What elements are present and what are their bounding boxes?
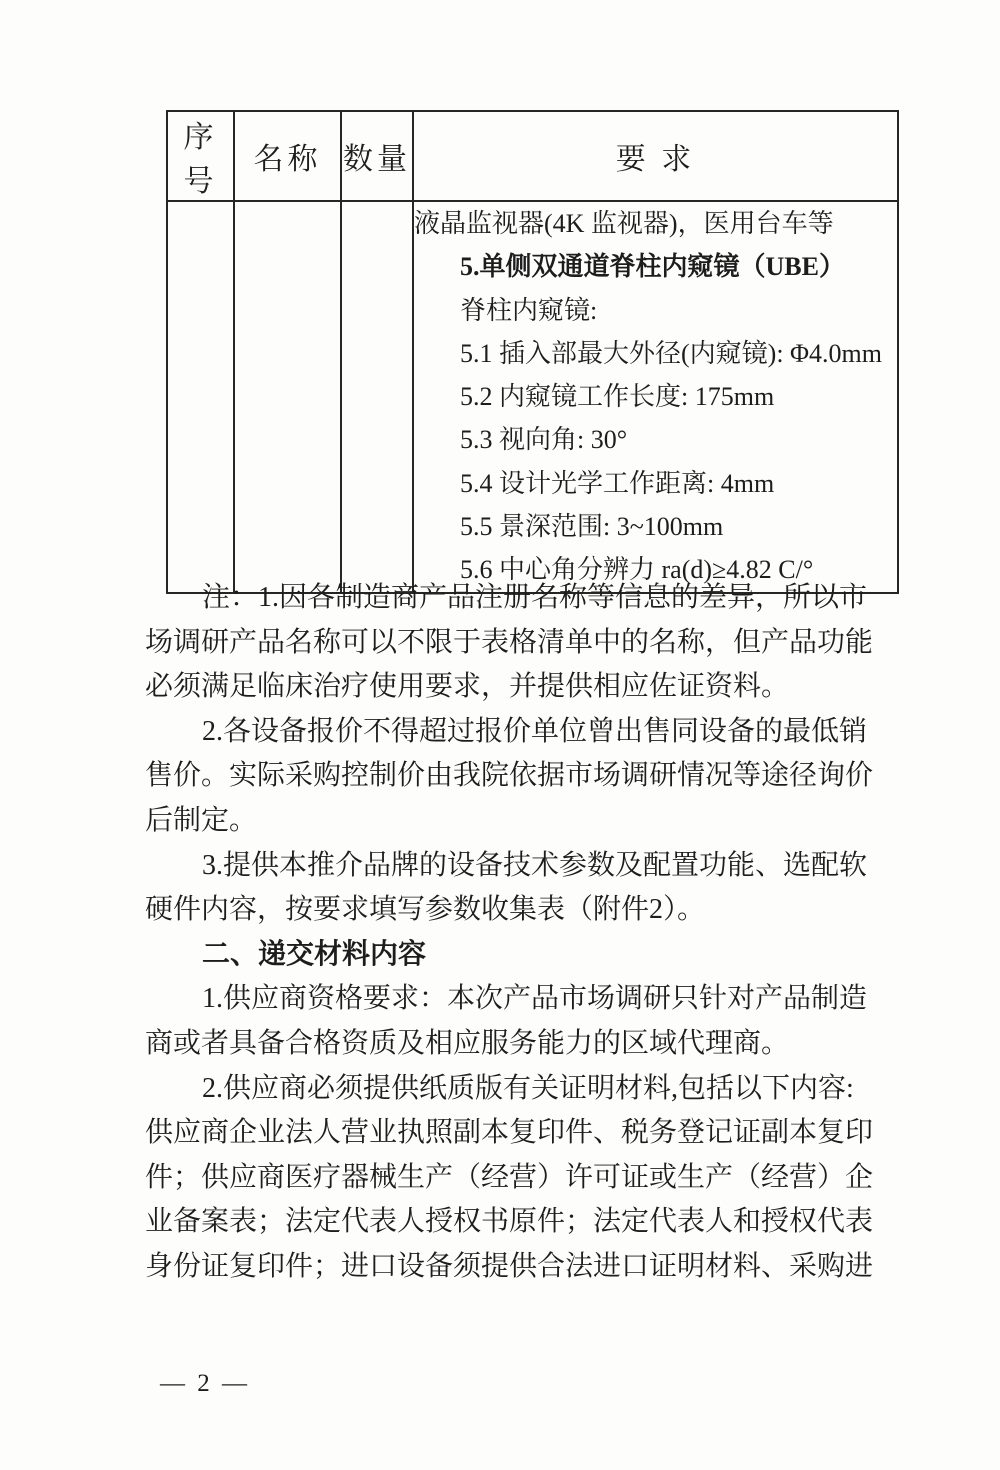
item-2-line-1: 2.供应商必须提供纸质版有关证明材料,包括以下内容:: [145, 1067, 887, 1112]
note-2-line-3: 后制定。: [145, 799, 887, 844]
note-2-line-1: 2.各设备报价不得超过报价单位曾出售同设备的最低销: [145, 710, 887, 755]
req-line-scope-label: 脊柱内窥镜:: [414, 289, 897, 332]
req-line-5-4: 5.4 设计光学工作距离: 4mm: [414, 462, 897, 505]
header-cell-quantity: 数量: [341, 111, 413, 201]
body-text: 注：1.因各制造商产品注册名称等信息的差异，所以市 场调研产品名称可以不限于表格…: [145, 576, 887, 1290]
document-page: 序号 名称 数量 要 求 液晶监视器(4K 监视器)，医用台车等 5.单侧双通道…: [0, 0, 1000, 1470]
req-line-5-3: 5.3 视向角: 30°: [414, 418, 897, 461]
cell-quantity-empty: [341, 201, 413, 593]
note-1-line-1: 注：1.因各制造商产品注册名称等信息的差异，所以市: [145, 576, 887, 621]
note-3-line-2: 硬件内容，按要求填写参数收集表（附件2）。: [145, 888, 887, 933]
cell-name-empty: [234, 201, 341, 593]
req-line-5-1: 5.1 插入部最大外径(内窥镜): Φ4.0mm: [414, 332, 897, 375]
header-cell-serial: 序号: [167, 111, 234, 201]
page-number: — 2 —: [160, 1370, 250, 1398]
item-1-line-2: 商或者具备合格资质及相应服务能力的区域代理商。: [145, 1022, 887, 1067]
item-2-line-5: 身份证复印件；进口设备须提供合法进口证明材料、采购进: [145, 1245, 887, 1290]
req-line-monitor: 液晶监视器(4K 监视器)，医用台车等: [414, 202, 897, 245]
table-header-row: 序号 名称 数量 要 求: [167, 111, 898, 201]
table-row: 液晶监视器(4K 监视器)，医用台车等 5.单侧双通道脊柱内窥镜（UBE） 脊柱…: [167, 201, 898, 593]
header-cell-name: 名称: [234, 111, 341, 201]
req-line-5-2: 5.2 内窥镜工作长度: 175mm: [414, 375, 897, 418]
requirement-cell: 液晶监视器(4K 监视器)，医用台车等 5.单侧双通道脊柱内窥镜（UBE） 脊柱…: [413, 201, 898, 593]
req-line-ube-title: 5.单侧双通道脊柱内窥镜（UBE）: [414, 245, 897, 288]
item-2-line-3: 件；供应商医疗器械生产（经营）许可证或生产（经营）企: [145, 1156, 887, 1201]
note-3-line-1: 3.提供本推介品牌的设备技术参数及配置功能、选配软: [145, 844, 887, 889]
req-line-5-5: 5.5 景深范围: 3~100mm: [414, 505, 897, 548]
note-1-line-2: 场调研产品名称可以不限于表格清单中的名称，但产品功能: [145, 621, 887, 666]
cell-serial-empty: [167, 201, 234, 593]
item-2-line-2: 供应商企业法人营业执照副本复印件、税务登记证副本复印: [145, 1111, 887, 1156]
note-1-line-3: 必须满足临床治疗使用要求，并提供相应佐证资料。: [145, 665, 887, 710]
item-2-line-4: 业备案表；法定代表人授权书原件；法定代表人和授权代表: [145, 1200, 887, 1245]
spec-table: 序号 名称 数量 要 求 液晶监视器(4K 监视器)，医用台车等 5.单侧双通道…: [166, 110, 899, 594]
note-2-line-2: 售价。实际采购控制价由我院依据市场调研情况等途径询价: [145, 754, 887, 799]
header-cell-requirement: 要 求: [413, 111, 898, 201]
item-1-line-1: 1.供应商资格要求：本次产品市场调研只针对产品制造: [145, 977, 887, 1022]
section-heading-materials: 二、递交材料内容: [145, 933, 887, 978]
